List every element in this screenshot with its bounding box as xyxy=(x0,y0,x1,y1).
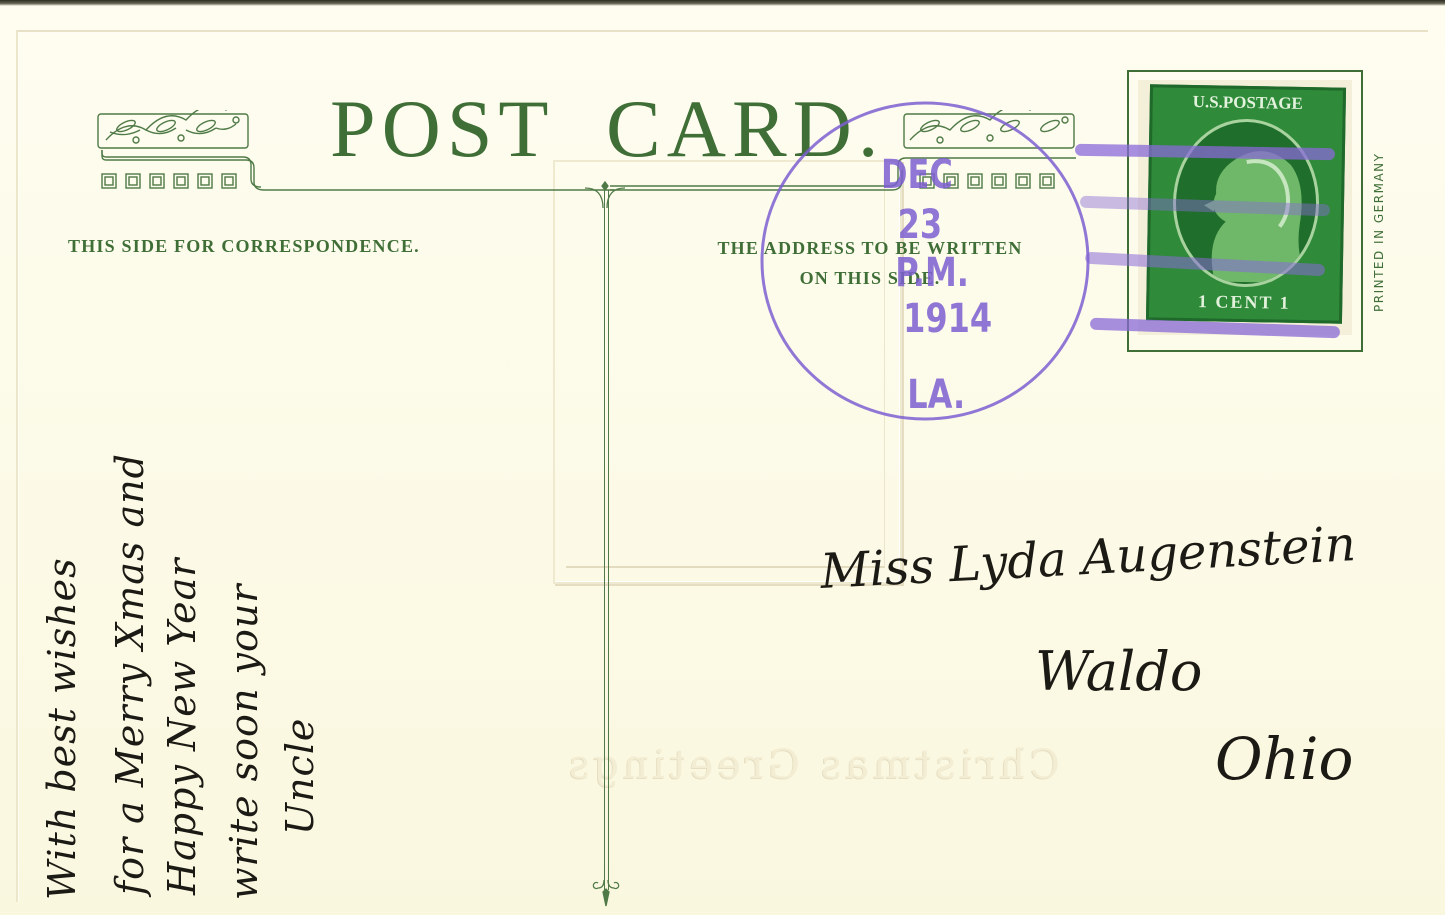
stamp-top-text: U.S.POSTAGE xyxy=(1153,91,1343,114)
postmark-state: LA. xyxy=(907,372,965,418)
message-line-1: With best wishes xyxy=(40,557,84,900)
divider-finial-icon xyxy=(588,880,624,910)
message-line-3: Happy New Year xyxy=(160,558,204,895)
postcard-back: Christmas Greetings xyxy=(0,0,1445,915)
center-divider-line xyxy=(604,190,609,890)
printed-in-germany-note: PRINTED IN GERMANY xyxy=(1372,112,1386,312)
postmark-day: 23 xyxy=(898,202,943,248)
address-state: Ohio xyxy=(1215,725,1353,793)
message-line-5: Uncle xyxy=(278,718,322,835)
postmark-month: DEC xyxy=(881,152,953,198)
address-city: Waldo xyxy=(1035,640,1202,703)
scan-edge-shadow xyxy=(0,0,1445,6)
embossed-greeting-text: Christmas Greetings xyxy=(360,742,1060,802)
postmark-time: P.M. xyxy=(895,250,969,296)
correspondence-label: THIS SIDE FOR CORRESPONDENCE. xyxy=(68,236,420,257)
message-line-4: write soon your xyxy=(222,584,266,900)
message-line-2: for a Merry Xmas and xyxy=(108,453,152,895)
stamp-denomination: 1 CENT 1 xyxy=(1149,290,1339,314)
postmark-year: 1914 xyxy=(903,296,992,342)
